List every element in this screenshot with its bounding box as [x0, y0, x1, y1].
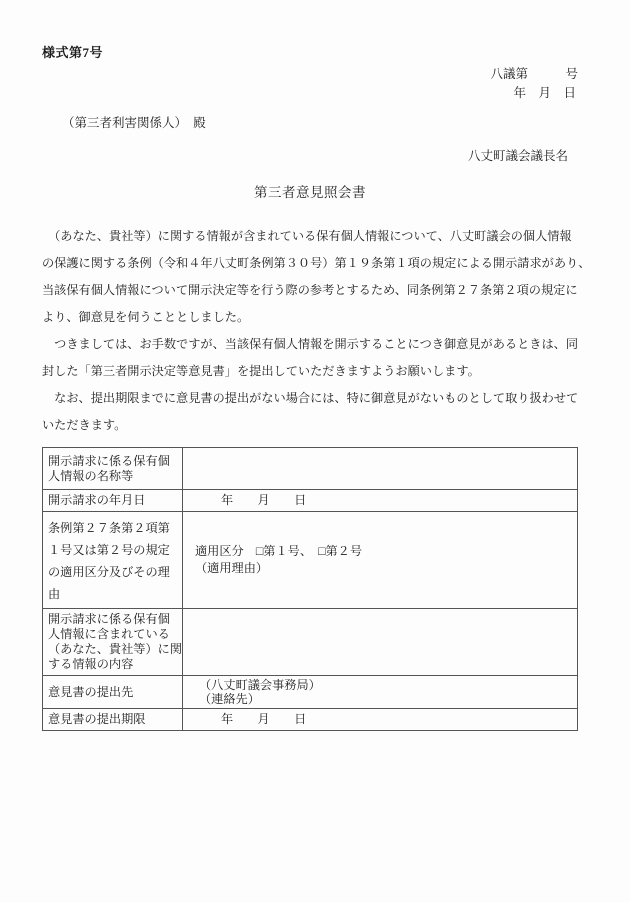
paragraph-line: なお、提出期限までに意見書の提出がない場合には、特に御意見がないものとして取り扱…	[42, 385, 578, 412]
row-value: （八丈町議会事務局） （連絡先）	[183, 676, 578, 709]
row-value-category-checkboxes: 適用区分 □第１号、 □第２号 （適用理由）	[183, 512, 578, 609]
row-value: 年 月 日	[183, 709, 578, 731]
details-table: 開示請求に係る保有個 人情報の名称等 開示請求の年月日 年 月 日 条例第２７条…	[42, 447, 578, 731]
document-number: 八議第 号	[42, 65, 578, 84]
row-label: 意見書の提出期限	[43, 709, 183, 731]
value-line-checkboxes: 適用区分 □第１号、 □第２号	[195, 543, 573, 560]
sender-name: 八丈町議会議長名	[42, 148, 578, 165]
row-label: 開示請求に係る保有個 人情報の名称等	[43, 448, 183, 490]
paragraph-line: 当該保有個人情報について開示決定等を行う際の参考とするため、同条例第２７条第２項…	[42, 277, 578, 304]
row-value: 年 月 日	[183, 490, 578, 512]
body-paragraph-3: なお、提出期限までに意見書の提出がない場合には、特に御意見がないものとして取り扱…	[42, 385, 578, 439]
document-title: 第三者意見照会書	[42, 183, 578, 202]
table-row-information-content: 開示請求に係る保有個 人情報に含まれている （あなた、貴社等）に関 する情報の内…	[43, 609, 578, 676]
label-line: 意見書の提出先	[48, 685, 181, 700]
document-page: 様式第7号 八議第 号 年 月 日 （第三者利害関係人） 殿 八丈町議会議長名 …	[0, 0, 630, 903]
paragraph-line: より、御意見を伺うこととしました。	[42, 304, 578, 331]
paragraph-line: いただきます。	[42, 412, 578, 439]
label-line: 人情報に含まれている	[48, 627, 181, 642]
label-line: 人情報の名称等	[48, 469, 181, 484]
table-row-name-of-information: 開示請求に係る保有個 人情報の名称等	[43, 448, 578, 490]
label-line: 開示請求に係る保有個	[48, 454, 181, 469]
row-label: 条例第２７条第２項第 １号又は第２号の規定 の適用区分及びその理 由	[43, 512, 183, 609]
label-line: の適用区分及びその理	[48, 561, 181, 583]
row-label: 開示請求に係る保有個 人情報に含まれている （あなた、貴社等）に関 する情報の内…	[43, 609, 183, 676]
body-text: （あなた、貴社等）に関する情報が含まれている保有個人情報について、八丈町議会の個…	[42, 223, 578, 439]
paragraph-line: の保護に関する条例（令和４年八丈町条例第３０号）第１９条第１項の規定による開示請…	[42, 250, 578, 277]
addressee: （第三者利害関係人） 殿	[42, 115, 578, 132]
paragraph-line: （あなた、貴社等）に関する情報が含まれている保有個人情報について、八丈町議会の個…	[42, 223, 578, 250]
body-paragraph-2: つきましては、お手数ですが、当該保有個人情報を開示することにつき御意見があるとき…	[42, 331, 578, 385]
paragraph-line: 封した「第三者開示決定等意見書」を提出していただきますようお願いします。	[42, 358, 578, 385]
row-value-empty	[183, 609, 578, 676]
label-line: 由	[48, 583, 181, 605]
label-line: １号又は第２号の規定	[48, 539, 181, 561]
label-line: する情報の内容	[48, 657, 181, 672]
value-line: 年 月 日	[221, 712, 573, 727]
date-line: 年 月 日	[42, 84, 578, 103]
label-line: 開示請求に係る保有個	[48, 612, 181, 627]
label-line: 意見書の提出期限	[48, 712, 181, 727]
form-number: 様式第7号	[42, 44, 578, 62]
table-row-submission-deadline: 意見書の提出期限 年 月 日	[43, 709, 578, 731]
value-line: （連絡先）	[199, 692, 573, 706]
body-paragraph-1: （あなた、貴社等）に関する情報が含まれている保有個人情報について、八丈町議会の個…	[42, 223, 578, 331]
table-row-ordinance-category: 条例第２７条第２項第 １号又は第２号の規定 の適用区分及びその理 由 適用区分 …	[43, 512, 578, 609]
label-line: 開示請求の年月日	[48, 493, 181, 508]
label-line: （あなた、貴社等）に関	[48, 642, 181, 657]
label-line: 条例第２７条第２項第	[48, 517, 181, 539]
row-value-empty	[183, 448, 578, 490]
row-label: 開示請求の年月日	[43, 490, 183, 512]
paragraph-line: つきましては、お手数ですが、当該保有個人情報を開示することにつき御意見があるとき…	[42, 331, 578, 358]
value-line: 年 月 日	[221, 493, 573, 508]
table-row-submission-address: 意見書の提出先 （八丈町議会事務局） （連絡先）	[43, 676, 578, 709]
value-line: （八丈町議会事務局）	[199, 678, 573, 692]
value-line-reason: （適用理由）	[195, 560, 573, 577]
table-row-request-date: 開示請求の年月日 年 月 日	[43, 490, 578, 512]
row-label: 意見書の提出先	[43, 676, 183, 709]
